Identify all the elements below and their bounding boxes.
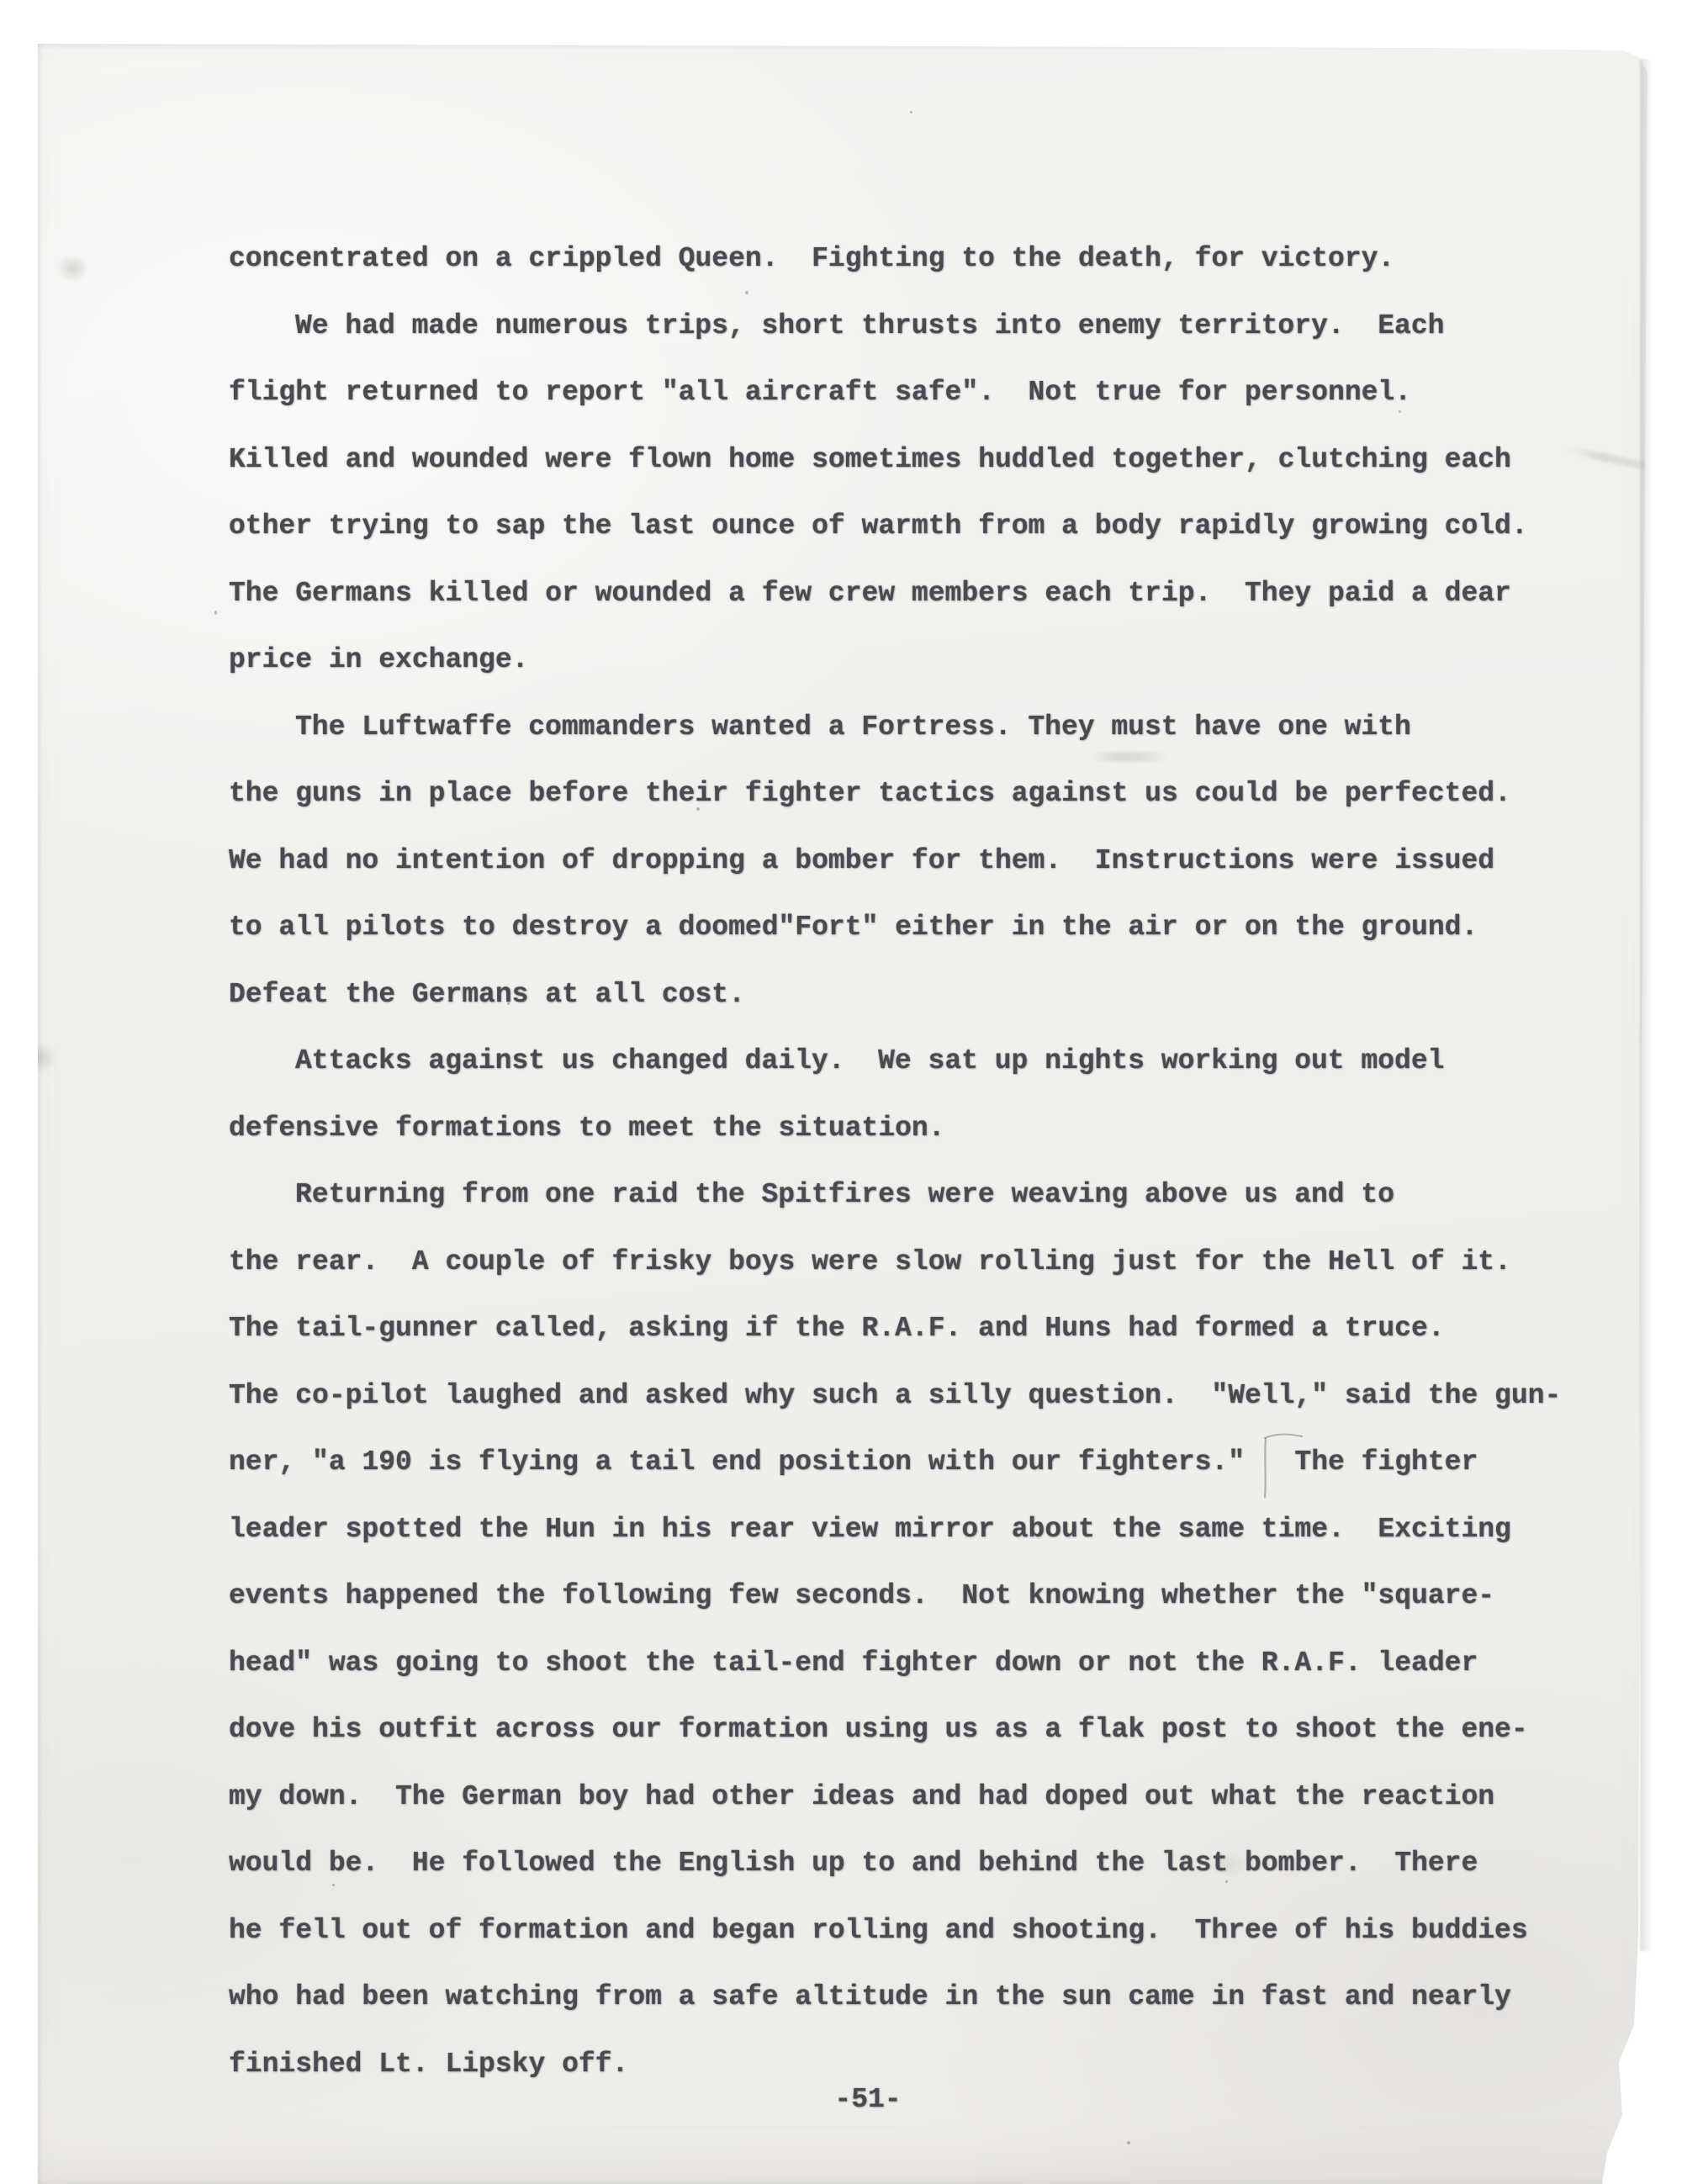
text-line: We had no intention of dropping a bomber…	[229, 828, 1561, 895]
text-line: We had made numerous trips, short thrust…	[229, 293, 1561, 360]
text-line: the rear. A couple of frisky boys were s…	[229, 1229, 1561, 1296]
text-line: defensive formations to meet the situati…	[229, 1095, 1561, 1162]
text-line: leader spotted the Hun in his rear view …	[229, 1496, 1561, 1563]
text-line: dove his outfit across our formation usi…	[229, 1696, 1561, 1764]
paper-speck	[214, 611, 217, 615]
text-line: other trying to sap the last ounce of wa…	[229, 493, 1561, 560]
text-line: ner, "a 190 is flying a tail end positio…	[229, 1429, 1561, 1496]
typewritten-text: concentrated on a crippled Queen. Fighti…	[229, 225, 1561, 2097]
text-line: he fell out of formation and began rolli…	[229, 1897, 1561, 1965]
text-line: the guns in place before their fighter t…	[229, 760, 1561, 828]
paper-sheet: concentrated on a crippled Queen. Fighti…	[0, 0, 1682, 2184]
text-line: head" was going to shoot the tail-end fi…	[229, 1630, 1561, 1697]
text-line: The Germans killed or wounded a few crew…	[229, 560, 1561, 627]
text-line: flight returned to report "all aircraft …	[229, 359, 1561, 426]
text-line: Attacks against us changed daily. We sat…	[229, 1028, 1561, 1095]
scanned-page: concentrated on a crippled Queen. Fighti…	[0, 0, 1682, 2184]
text-line: who had been watching from a safe altitu…	[229, 1964, 1561, 2031]
paper-smudge	[50, 249, 94, 288]
text-line: Returning from one raid the Spitfires we…	[229, 1161, 1561, 1229]
text-line: Defeat the Germans at all cost.	[229, 961, 1561, 1029]
text-line: price in exchange.	[229, 627, 1561, 694]
paper-speck	[1127, 2141, 1130, 2144]
paper-speck	[910, 111, 912, 114]
text-line: events happened the following few second…	[229, 1563, 1561, 1630]
text-line: The Luftwaffe commanders wanted a Fortre…	[229, 694, 1561, 761]
pencil-edit-mark	[1260, 1431, 1307, 1502]
text-line: to all pilots to destroy a doomed"Fort" …	[229, 894, 1561, 961]
page-number: -51-	[229, 2084, 1507, 2115]
text-line: The tail-gunner called, asking if the R.…	[229, 1295, 1561, 1362]
text-line: would be. He followed the English up to …	[229, 1830, 1561, 1897]
paper-smudge	[15, 1036, 64, 1080]
text-line: Killed and wounded were flown home somet…	[229, 426, 1561, 494]
text-line: my down. The German boy had other ideas …	[229, 1764, 1561, 1831]
text-line: The co-pilot laughed and asked why such …	[229, 1362, 1561, 1430]
text-line: concentrated on a crippled Queen. Fighti…	[229, 225, 1561, 293]
paper-right-edge-shadow	[1640, 59, 1653, 1951]
